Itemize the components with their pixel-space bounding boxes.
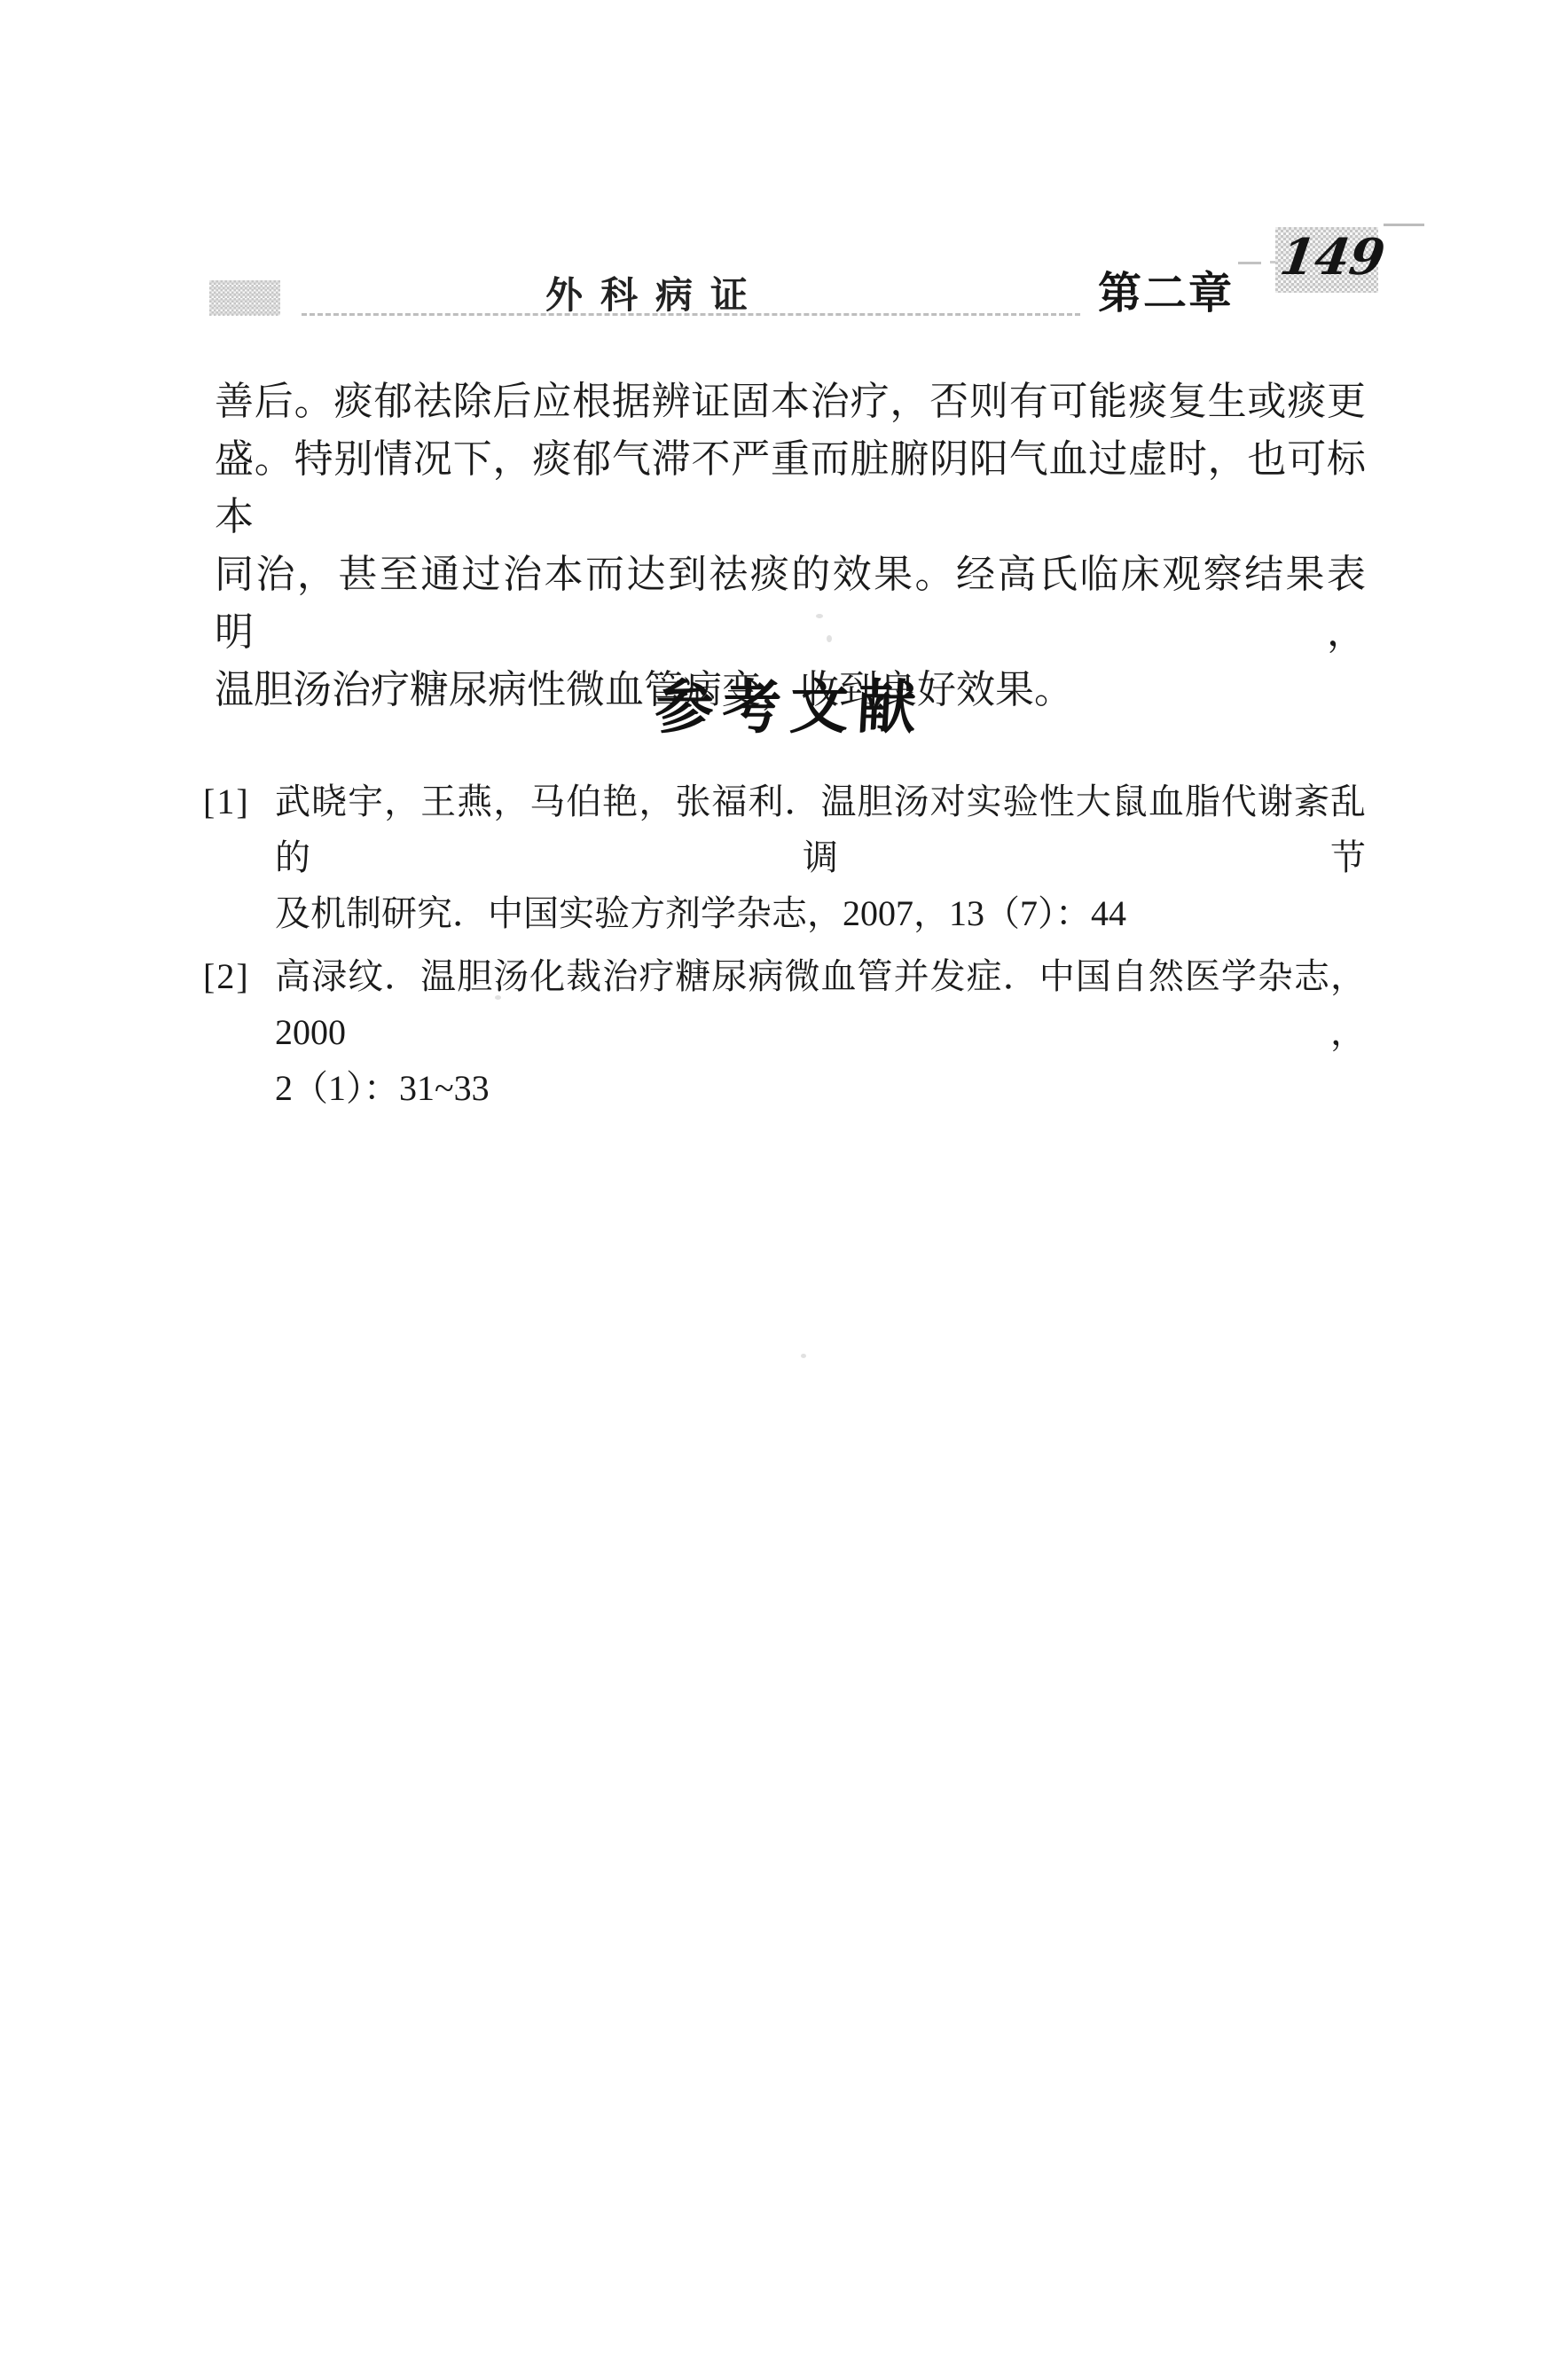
paragraph-line: 善后。痰郁祛除后应根据辨证固本治疗，否则有可能痰复生或痰更 xyxy=(215,373,1366,430)
page-number: 149 xyxy=(1277,231,1388,284)
reference-text-line: 高渌纹．温胆汤化裁治疗糖尿病微血管并发症．中国自然医学杂志，2000， xyxy=(275,948,1366,1060)
page-number-box: 149 xyxy=(1275,227,1378,293)
book-page: 外科病证 第二章 149 善后。痰郁祛除后应根据辨证固本治疗，否则有可能痰复生或… xyxy=(0,0,1568,2357)
scan-smudge xyxy=(209,280,280,316)
reference-item: [1] 武晓宇，王燕，马伯艳，张福利．温胆汤对实验性大鼠血脂代谢紊乱的调节 及机… xyxy=(203,774,1366,941)
header-dashed-rule xyxy=(302,313,1080,316)
running-title: 外科病证 xyxy=(545,266,765,319)
scan-speck xyxy=(801,1354,806,1358)
reference-text-line: 及机制研究．中国实验方剂学杂志，2007，13（7）：44 xyxy=(275,885,1366,941)
reference-text-line: 武晓宇，王燕，马伯艳，张福利．温胆汤对实验性大鼠血脂代谢紊乱的调节 xyxy=(275,774,1366,885)
chapter-label: 第二章 xyxy=(1098,259,1234,321)
reference-item: [2] 高渌纹．温胆汤化裁治疗糖尿病微血管并发症．中国自然医学杂志，2000， … xyxy=(203,948,1366,1116)
references-heading: 参考文献 xyxy=(213,660,1368,744)
paragraph-line: 同治，甚至通过治本而达到祛痰的效果。经高氏临床观察结果表明， xyxy=(215,546,1366,661)
reference-number: [1] xyxy=(203,774,250,829)
scan-speck xyxy=(827,635,832,642)
paragraph-line: 盛。特别情况下，痰郁气滞不严重而脏腑阴阳气血过虚时，也可标本 xyxy=(215,430,1366,546)
reference-list: [1] 武晓宇，王燕，马伯艳，张福利．温胆汤对实验性大鼠血脂代谢紊乱的调节 及机… xyxy=(203,774,1366,1116)
scan-dash xyxy=(1238,262,1261,264)
reference-number: [2] xyxy=(203,948,250,1004)
reference-text-line: 2（1）：31~33 xyxy=(275,1060,1366,1116)
scan-dash xyxy=(1384,224,1424,226)
scan-speck xyxy=(495,995,501,1000)
scan-speck xyxy=(816,614,823,618)
